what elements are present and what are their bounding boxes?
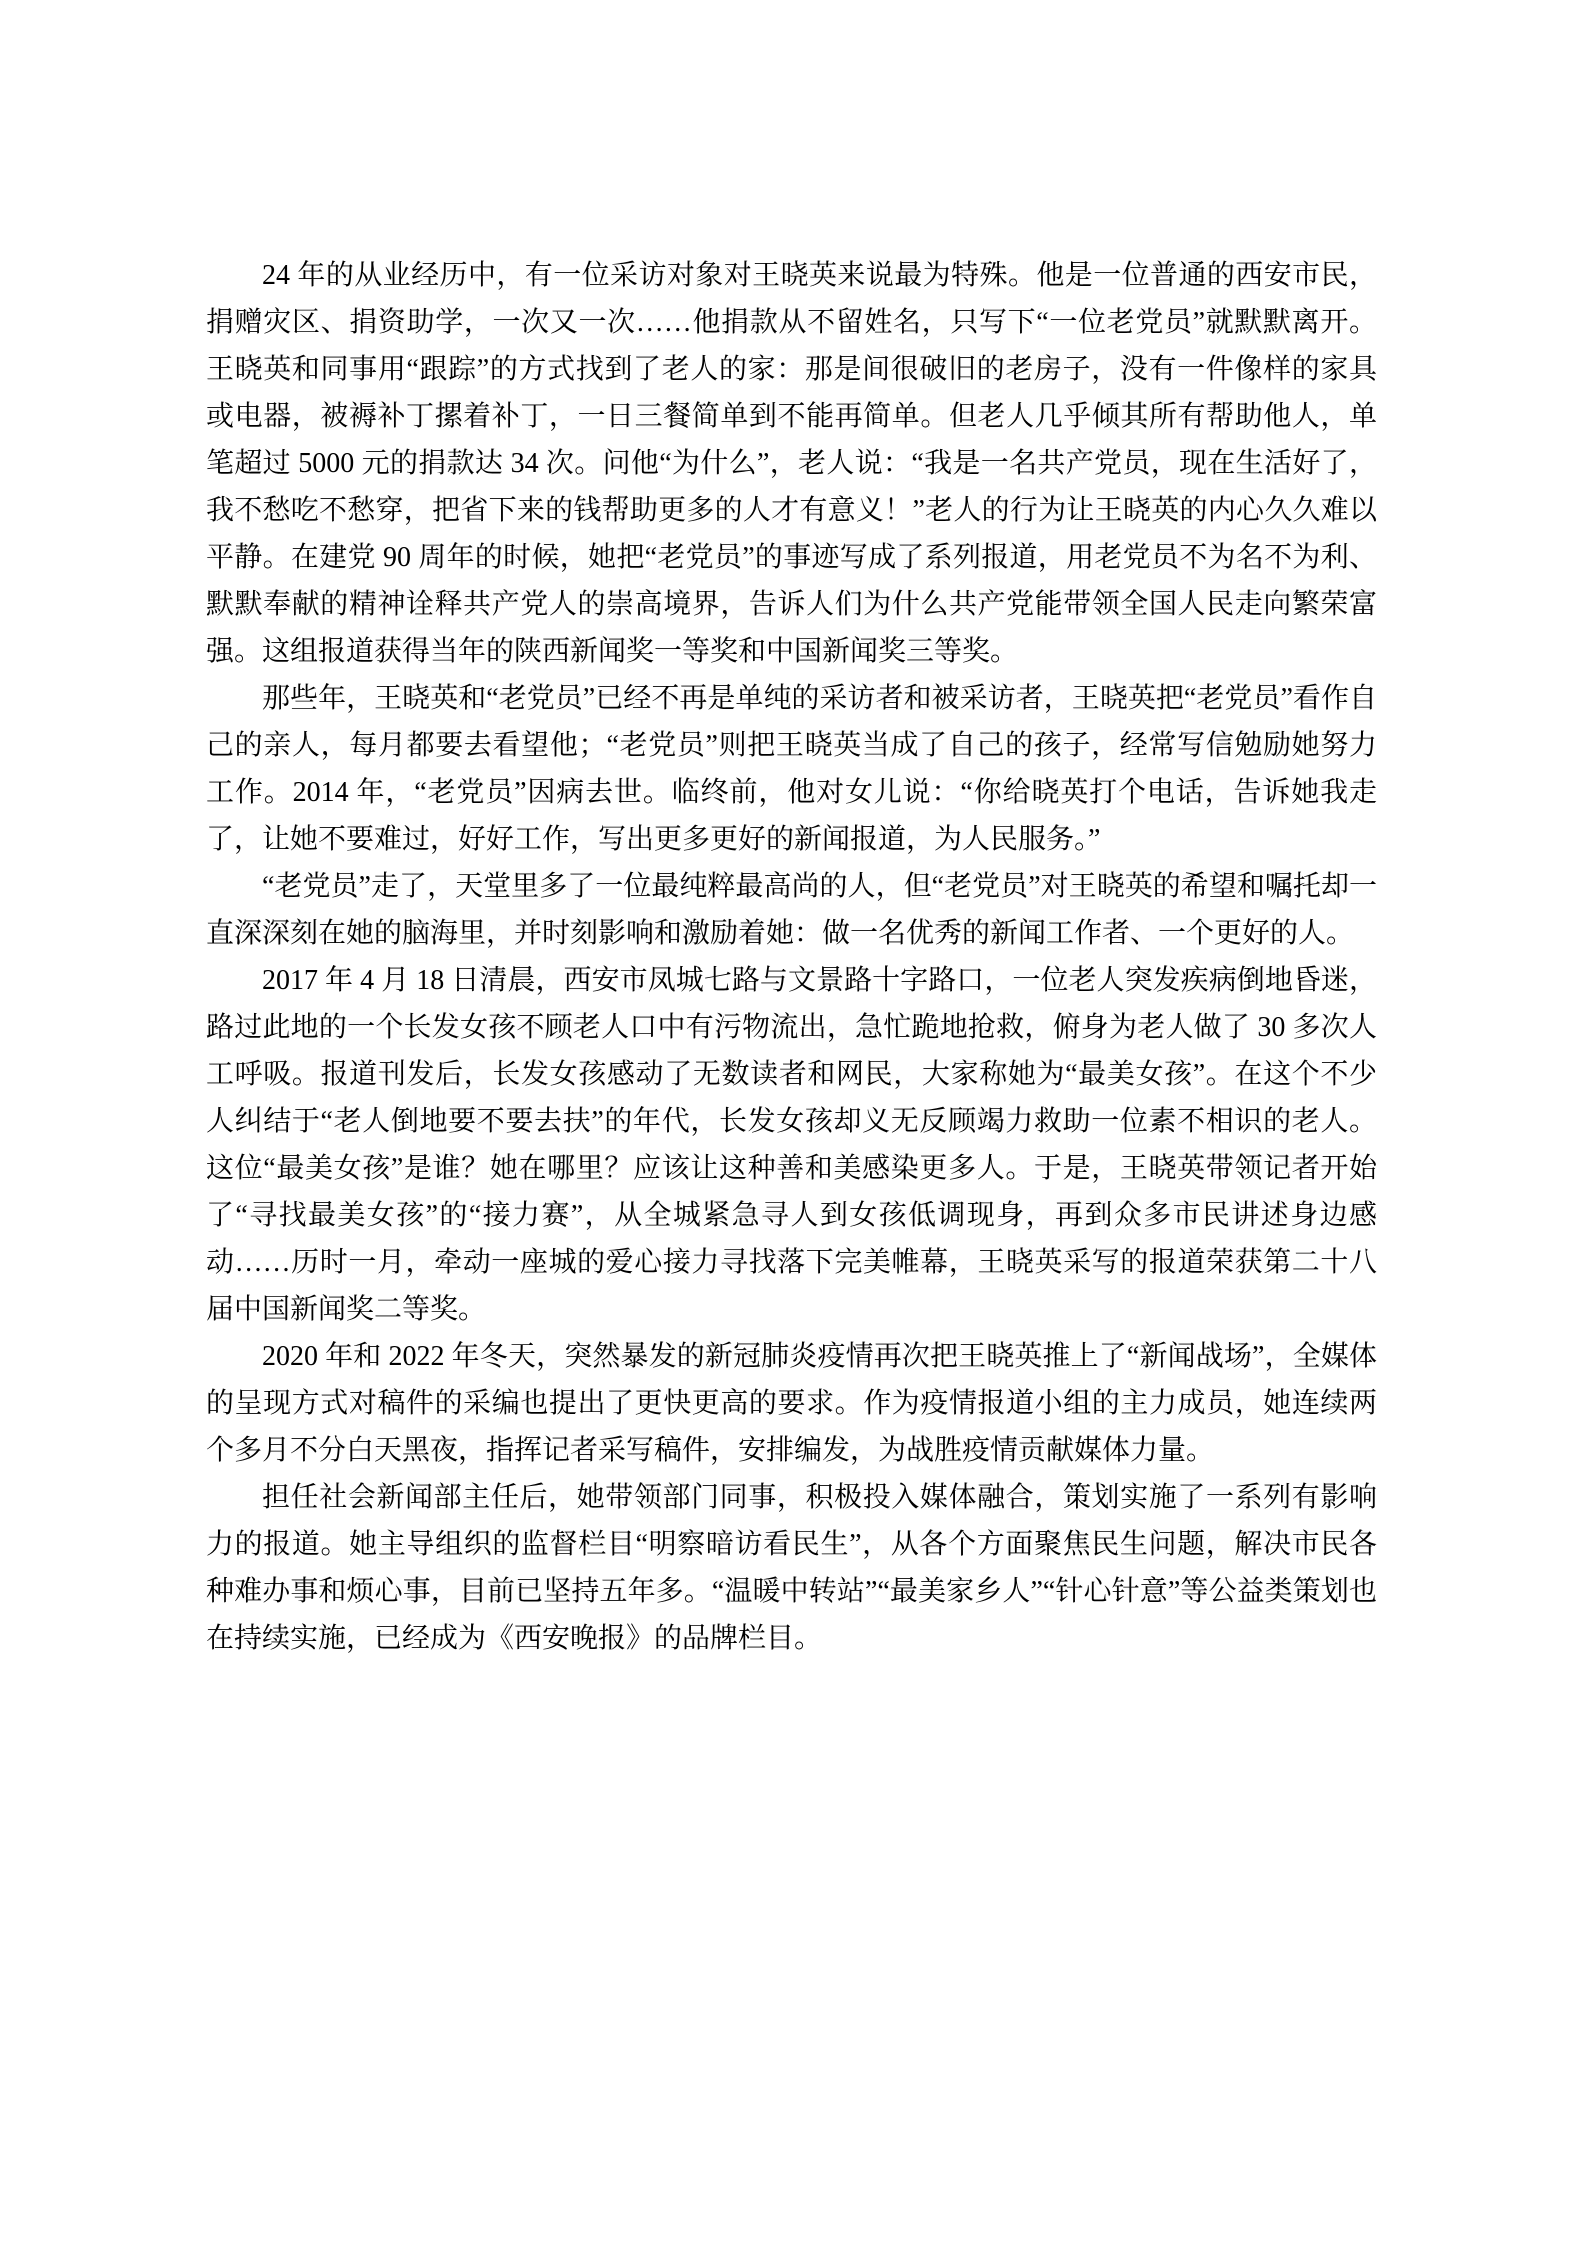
- paragraph: 那些年，王晓英和“老党员”已经不再是单纯的采访者和被采访者，王晓英把“老党员”看…: [206, 675, 1377, 863]
- paragraph: “老党员”走了，天堂里多了一位最纯粹最高尚的人，但“老党员”对王晓英的希望和嘱托…: [206, 863, 1377, 957]
- paragraph: 2017 年 4 月 18 日清晨，西安市凤城七路与文景路十字路口，一位老人突发…: [206, 957, 1377, 1333]
- document-body: 24 年的从业经历中，有一位采访对象对王晓英来说最为特殊。他是一位普通的西安市民…: [206, 252, 1377, 1662]
- paragraph: 担任社会新闻部主任后，她带领部门同事，积极投入媒体融合，策划实施了一系列有影响力…: [206, 1474, 1377, 1662]
- paragraph: 24 年的从业经历中，有一位采访对象对王晓英来说最为特殊。他是一位普通的西安市民…: [206, 252, 1377, 675]
- document-page: 24 年的从业经历中，有一位采访对象对王晓英来说最为特殊。他是一位普通的西安市民…: [0, 0, 1587, 2245]
- paragraph: 2020 年和 2022 年冬天，突然暴发的新冠肺炎疫情再次把王晓英推上了“新闻…: [206, 1333, 1377, 1474]
